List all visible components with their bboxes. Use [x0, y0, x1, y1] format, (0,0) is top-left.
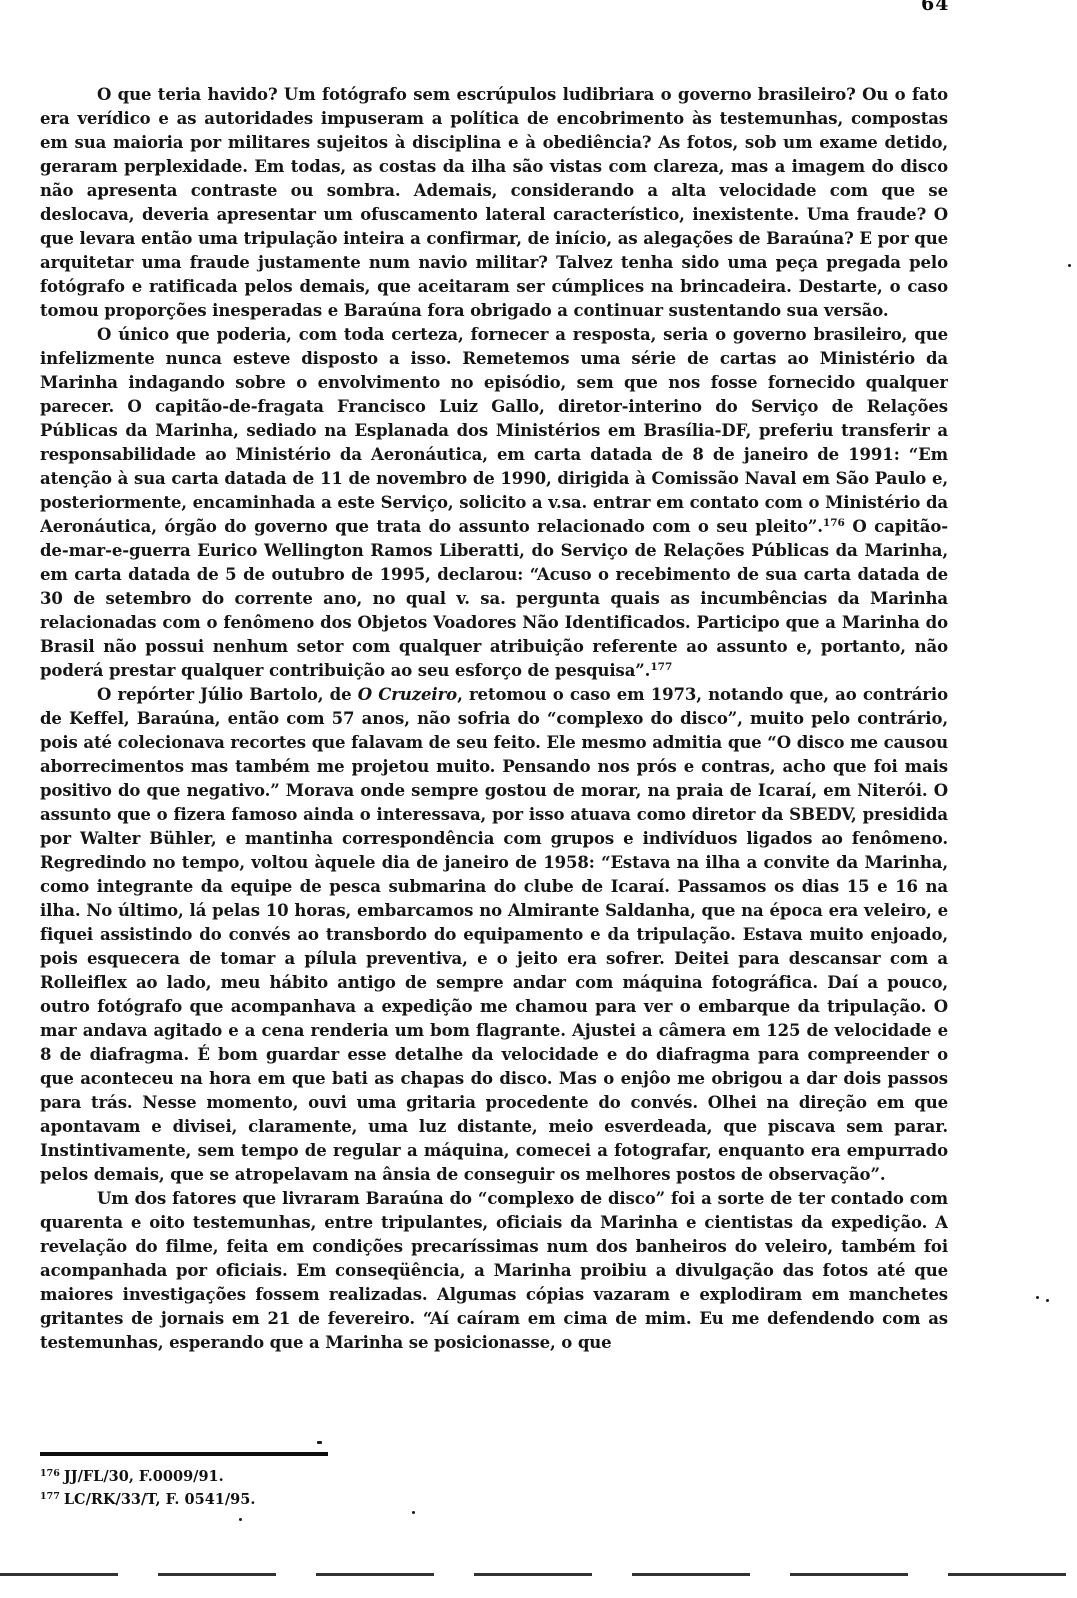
footnote-marker: 176: [40, 1468, 60, 1479]
text-run: , retomou o caso em 1973, notando que, a…: [40, 685, 948, 1184]
footnotes-section: 176JJ/FL/30, F.0009/91.177LC/RK/33/T, F.…: [40, 1452, 640, 1511]
footnote-separator-rule: [40, 1452, 328, 1456]
scan-speck: [412, 1511, 415, 1514]
scan-speck: [317, 1441, 322, 1444]
text-run: O repórter Júlio Bartolo, de: [97, 685, 358, 704]
scan-speck: [239, 1518, 242, 1521]
publication-title: O Cruzeiro: [358, 685, 457, 704]
footnote: 177LC/RK/33/T, F. 0541/95.: [40, 1488, 640, 1511]
body-text: O que teria havido? Um fotógrafo sem esc…: [40, 83, 948, 1443]
text-run: O único que poderia, com toda certeza, f…: [40, 325, 948, 536]
text-run: O que teria havido? Um fotógrafo sem esc…: [40, 85, 948, 320]
page-number: 64: [921, 0, 949, 15]
scan-speck: [1068, 264, 1071, 267]
footnote-ref: 177: [650, 661, 672, 673]
scanned-book-page: { "page": { "number": "64" }, "colors": …: [0, 0, 1077, 1598]
footnote-list: 176JJ/FL/30, F.0009/91.177LC/RK/33/T, F.…: [40, 1465, 640, 1511]
text-run: Um dos fatores que livraram Baraúna do “…: [40, 1189, 948, 1352]
scan-page-edge-line: [0, 1573, 1077, 1576]
paragraph: O que teria havido? Um fotógrafo sem esc…: [40, 83, 948, 323]
footnote-text: LC/RK/33/T, F. 0541/95.: [64, 1491, 256, 1508]
footnote-text: JJ/FL/30, F.0009/91.: [64, 1468, 224, 1485]
text-run: O capitão-de-mar-e-guerra Eurico Welling…: [40, 517, 948, 680]
footnote-ref: 176: [823, 517, 845, 529]
footnote: 176JJ/FL/30, F.0009/91.: [40, 1465, 640, 1488]
paragraph: O único que poderia, com toda certeza, f…: [40, 323, 948, 683]
footnote-marker: 177: [40, 1491, 60, 1502]
scan-speck: [1036, 1296, 1039, 1299]
scan-speck: [1046, 1299, 1049, 1302]
paragraph: Um dos fatores que livraram Baraúna do “…: [40, 1187, 948, 1355]
paragraph: O repórter Júlio Bartolo, de O Cruzeiro,…: [40, 683, 948, 1187]
